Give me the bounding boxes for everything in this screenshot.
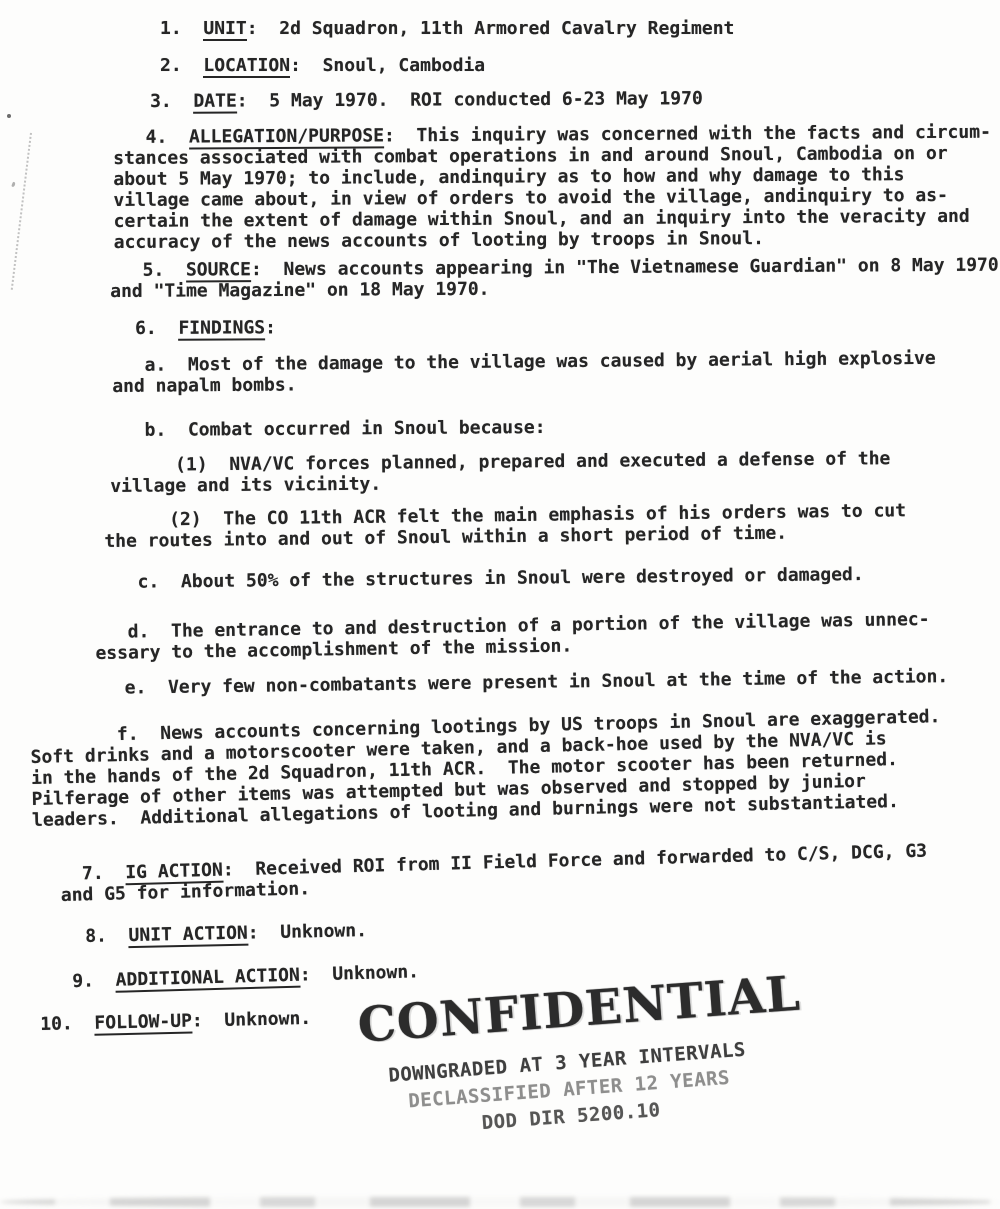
item-number: 7. (60, 862, 126, 885)
doc-finding-a: a. Most of the damage to the village was… (112, 348, 936, 397)
item-body: d. The entrance to and destruction of a … (95, 609, 930, 664)
doc-finding-f: f. News accounts concerning lootings by … (30, 706, 942, 831)
item-number: 3. (150, 91, 193, 112)
item-number: 10. (40, 1013, 95, 1035)
item-body: f. News accounts concerning lootings by … (30, 706, 941, 831)
page-edge-smudge (0, 1197, 1000, 1207)
item-body: : Unknown. (248, 920, 368, 943)
doc-item-2-location: 2. LOCATION: Snoul, Cambodia (160, 55, 485, 76)
scanned-document-page: 1. UNIT: 2d Squadron, 11th Armored Caval… (0, 0, 1000, 1209)
item-heading: UNIT ACTION (128, 923, 248, 948)
doc-item-4-allegation-purpose: 4. ALLEGATION/PURPOSE: This inquiry was … (113, 122, 992, 253)
item-number: 1. (160, 18, 203, 39)
item-heading: LOCATION (203, 55, 290, 78)
doc-item-7-ig-action: 7. IG ACTION: Received ROI from II Field… (60, 841, 928, 906)
item-heading: SOURCE (186, 259, 251, 282)
item-heading: FOLLOW-UP (94, 1011, 192, 1036)
item-number: 9. (72, 970, 116, 992)
item-body: c. About 50% of the structures in Snoul … (105, 564, 864, 593)
doc-finding-b2: (2) The CO 11th ACR felt the main emphas… (104, 500, 906, 552)
item-body: (1) NVA/VC forces planned, prepared and … (110, 448, 890, 497)
item-body: : (265, 317, 276, 338)
item-body: : Snoul, Cambodia (290, 55, 485, 76)
item-body: e. Very few non-combatants were present … (92, 666, 948, 699)
item-number: 8. (85, 925, 129, 947)
item-body: b. Combat occurred in Snoul because: (112, 417, 546, 441)
item-body: (2) The CO 11th ACR felt the main emphas… (104, 500, 906, 552)
item-body: : 5 May 1970. ROI conducted 6-23 May 197… (237, 88, 703, 111)
doc-finding-d: d. The entrance to and destruction of a … (95, 609, 930, 664)
doc-finding-c: c. About 50% of the structures in Snoul … (105, 564, 864, 593)
item-heading: ADDITIONAL ACTION (115, 965, 300, 993)
confidential-stamp: CONFIDENTIAL DOWNGRADED AT 3 YEAR INTERV… (356, 970, 778, 1146)
item-body: a. Most of the damage to the village was… (112, 348, 936, 397)
scan-speck-artifact (7, 114, 11, 118)
doc-item-6-findings: 6. FINDINGS: (135, 317, 276, 339)
doc-finding-b: b. Combat occurred in Snoul because: (112, 417, 546, 441)
doc-item-5-source: 5. SOURCE: News accounts appearing in "T… (110, 255, 999, 302)
doc-finding-e: e. Very few non-combatants were present … (92, 666, 948, 699)
doc-item-1-unit: 1. UNIT: 2d Squadron, 11th Armored Caval… (160, 18, 734, 39)
item-number: 4. (113, 127, 189, 148)
doc-item-8-unit-action: 8. UNIT ACTION: Unknown. (85, 920, 367, 947)
item-body: : 2d Squadron, 11th Armored Cavalry Regi… (247, 18, 735, 39)
item-body: : Unknown. (192, 1008, 312, 1032)
item-number: 2. (160, 55, 203, 76)
item-heading: FINDINGS (178, 317, 265, 340)
item-heading: UNIT (203, 18, 246, 41)
doc-finding-b1: (1) NVA/VC forces planned, prepared and … (110, 448, 891, 497)
doc-item-3-date: 3. DATE: 5 May 1970. ROI conducted 6-23 … (150, 88, 703, 112)
doc-item-10-follow-up: 10. FOLLOW-UP: Unknown. (40, 1008, 311, 1035)
scan-speck-artifact (11, 182, 16, 188)
scan-scratch-artifact (11, 133, 33, 290)
item-heading: DATE (193, 91, 236, 114)
doc-item-9-additional-action: 9. ADDITIONAL ACTION: Unknown. (72, 961, 419, 992)
item-number: 5. (110, 260, 186, 281)
item-number: 6. (135, 318, 178, 339)
item-body: : Unknown. (300, 961, 420, 985)
